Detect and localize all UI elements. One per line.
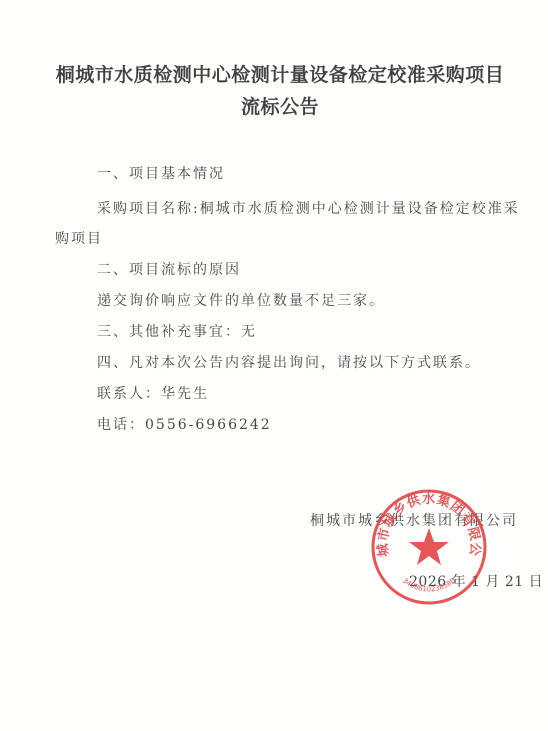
contact-person: 联系人：华先生 — [97, 383, 209, 403]
announcement-page: 桐城市水质检测中心检测计量设备检定校准采购项目 流标公告 一、项目基本情况 采购… — [0, 0, 548, 731]
section-2-heading: 二、项目流标的原因 — [97, 259, 241, 279]
section-3-heading: 三、其他补充事宜：无 — [97, 321, 257, 341]
project-name-line1: 采购项目名称:桐城市水质检测中心检测计量设备检定校准采 — [97, 198, 520, 218]
company-seal-icon: 桐城市城乡供水集团有限公司 3408810238580 — [370, 488, 488, 606]
contact-phone: 电话：0556-6966242 — [97, 414, 272, 434]
failure-reason: 递交询价响应文件的单位数量不足三家。 — [97, 290, 385, 310]
svg-text:3408810238580: 3408810238580 — [401, 577, 457, 594]
section-1-heading: 一、项目基本情况 — [97, 163, 225, 183]
seal-code-text: 3408810238580 — [401, 577, 457, 594]
document-title-line1: 桐城市水质检测中心检测计量设备检定校准采购项目 — [40, 60, 520, 87]
project-name-line2: 购项目 — [55, 228, 103, 248]
section-4-heading: 四、凡对本次公告内容提出询问，请按以下方式联系。 — [97, 352, 481, 372]
document-title-line2: 流标公告 — [40, 92, 520, 119]
